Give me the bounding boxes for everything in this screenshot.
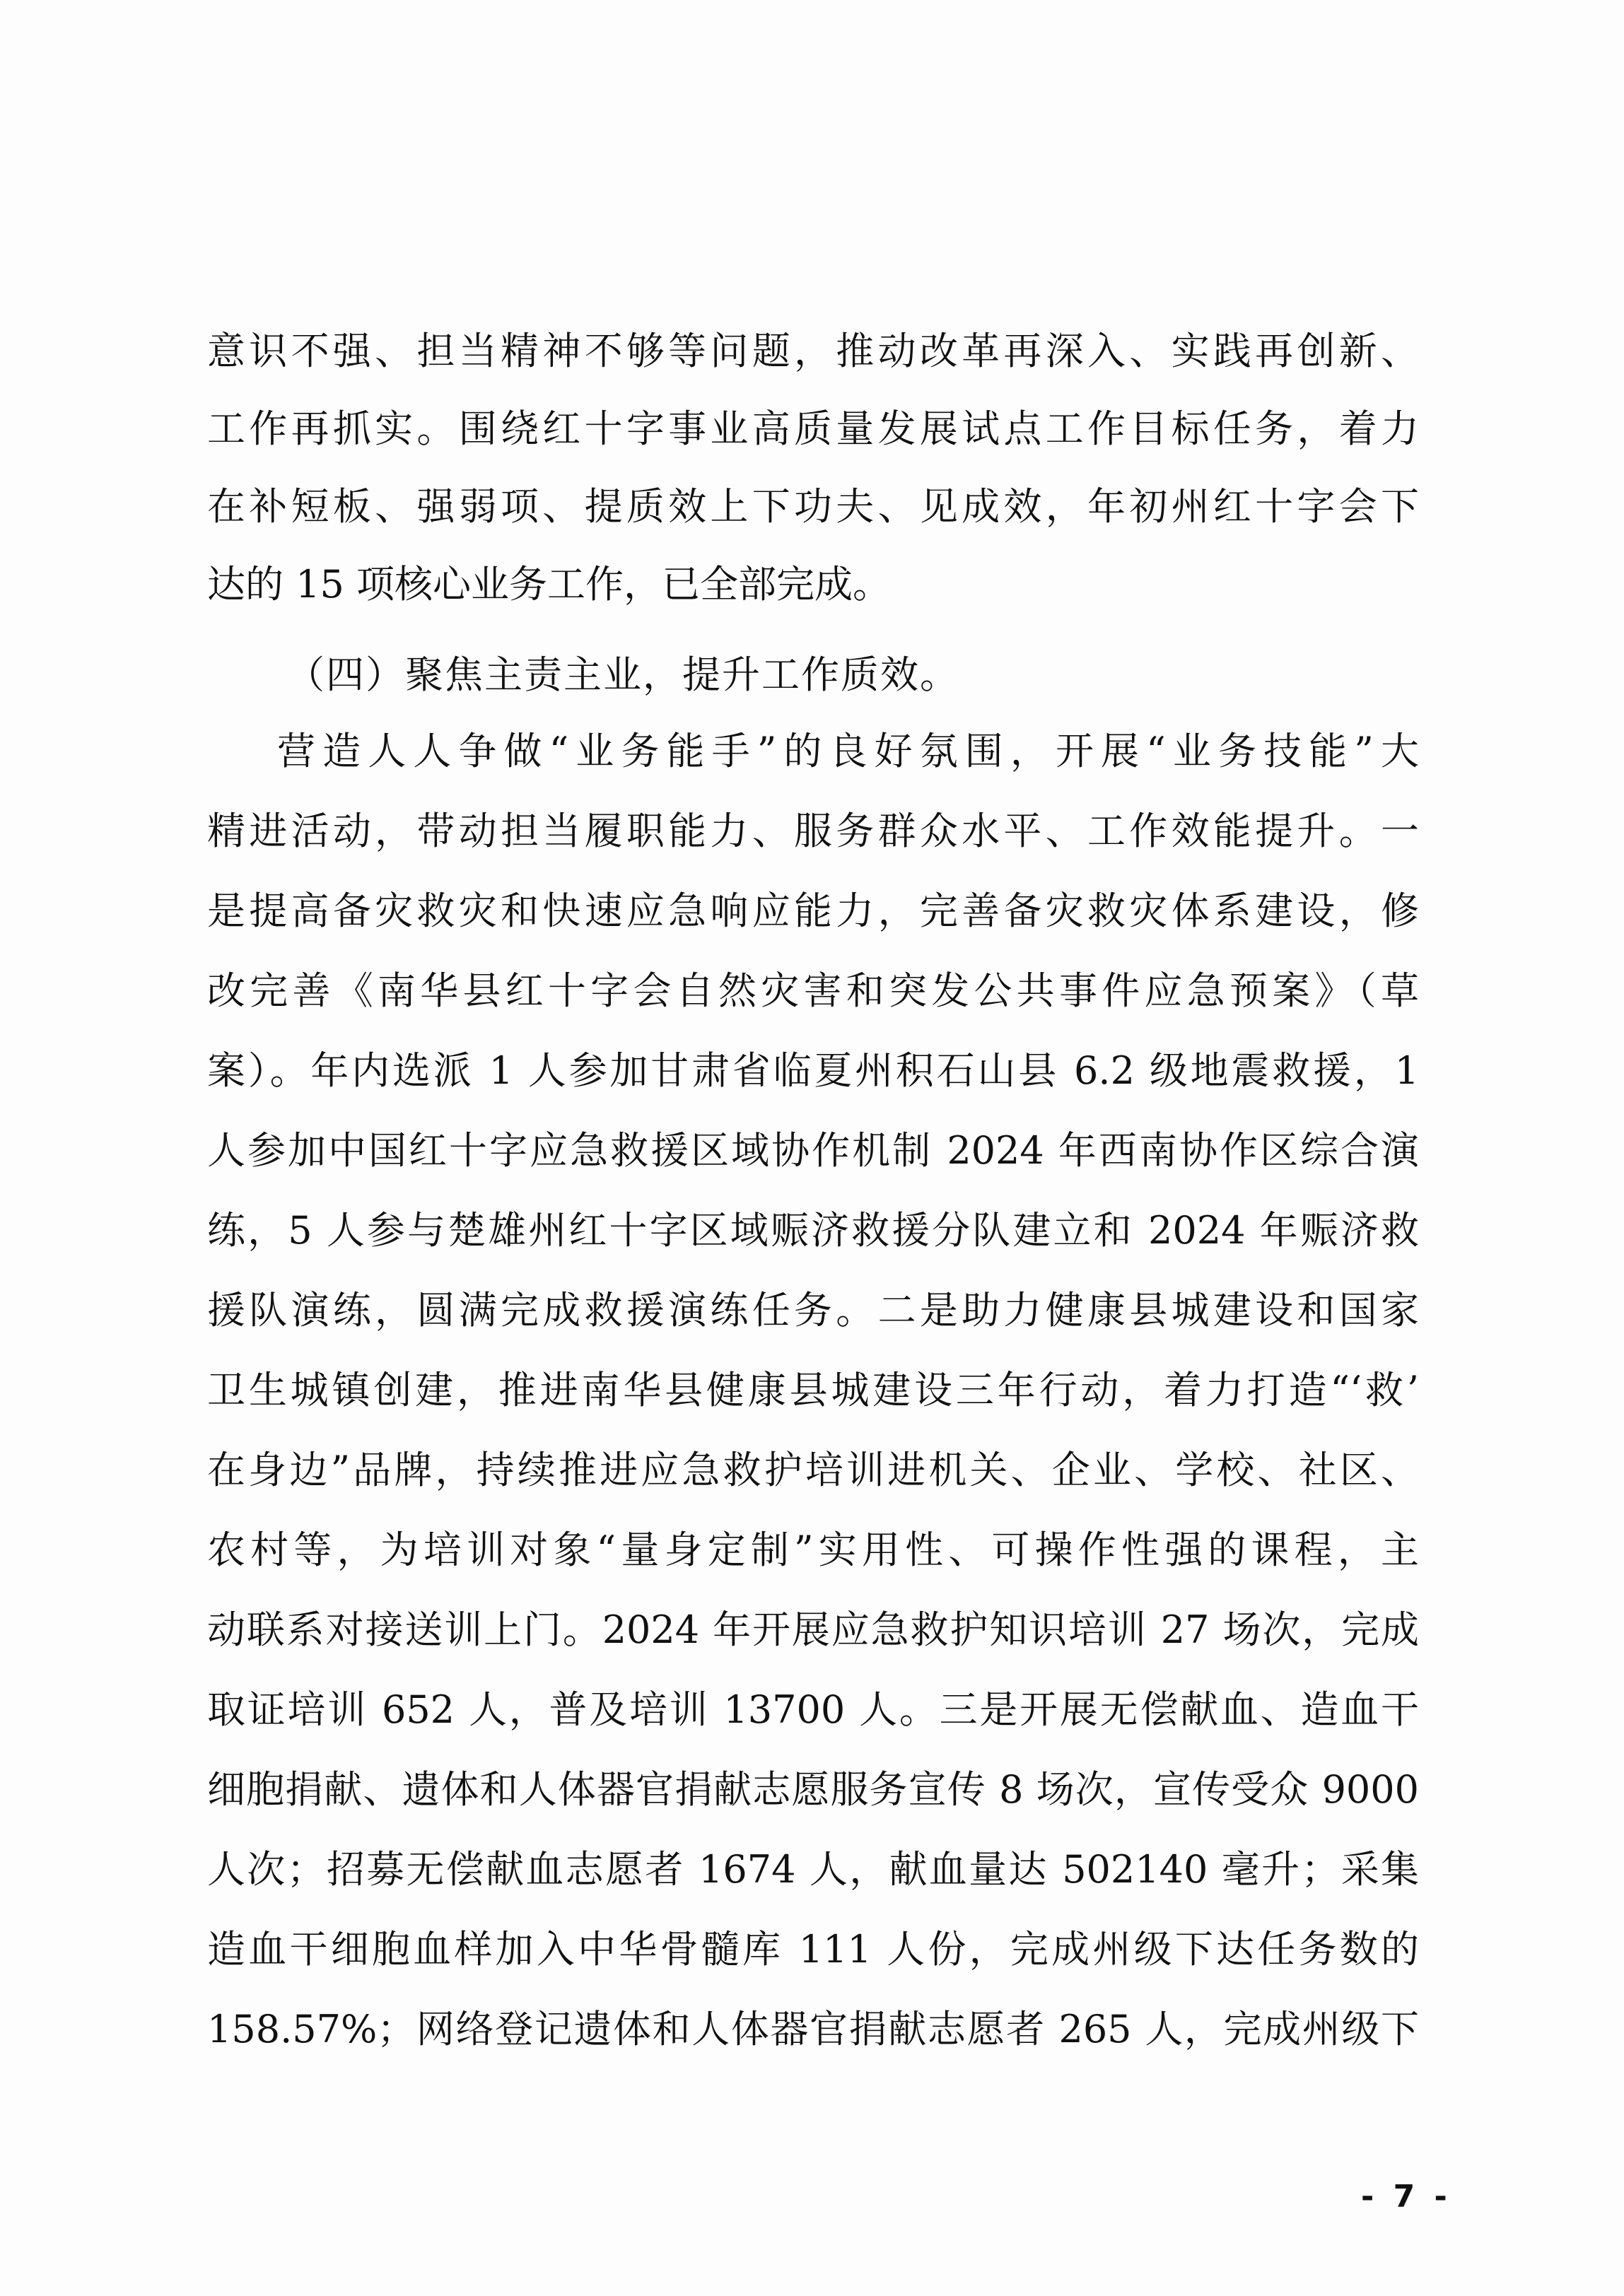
paragraph-1-line-1: 意识不强、担当精神不够等问题，推动改革再深入、实践再创新、 [207,327,1419,376]
paragraph-2-line-3: 是提高备灾救灾和快速应急响应能力，完善备灾救灾体系建设，修 [207,886,1419,936]
paragraph-2-line-4: 改完善《南华县红十字会自然灾害和突发公共事件应急预案》（草 [207,966,1419,1016]
paragraph-1-line-2: 工作再抓实。围绕红十字事业高质量发展试点工作目标任务，着力 [207,404,1419,454]
paragraph-2-line-14: 细胞捐献、遗体和人体器官捐献志愿服务宣传 8 场次，宣传受众 9000 [207,1765,1419,1815]
paragraph-2-line-16: 造血干细胞血样加入中华骨髓库 111 人份，完成州级下达任务数的 [207,1925,1419,1974]
paragraph-2-line-9: 卫生城镇创建，推进南华县健康县城建设三年行动，着力打造“‘救’ [207,1366,1419,1415]
paragraph-2-line-17: 158.57%；网络登记遗体和人体器官捐献志愿者 265 人，完成州级下 [207,2005,1419,2054]
section-heading: （四）聚焦主责主业，提升工作质效。 [286,650,959,700]
paragraph-2-line-8: 援队演练，圆满完成救援演练任务。二是助力健康县城建设和国家 [207,1286,1419,1335]
paragraph-2-line-2: 精进活动，带动担当履职能力、服务群众水平、工作效能提升。一 [207,807,1419,856]
paragraph-2-line-15: 人次；招募无偿献血志愿者 1674 人，献血量达 502140 毫升；采集 [207,1845,1419,1894]
paragraph-2-line-11: 农村等，为培训对象“量身定制”实用性、可操作性强的课程，主 [207,1525,1419,1575]
paragraph-2-line-1: 营造人人争做“业务能手”的良好氛围，开展“业务技能”大 [277,727,1419,776]
document-page: 意识不强、担当精神不够等问题，推动改革再深入、实践再创新、 工作再抓实。围绕红十… [0,0,1624,2296]
page-number: - 7 - [1361,2179,1451,2215]
paragraph-2-line-5: 案）。年内选派 1 人参加甘肃省临夏州积石山县 6.2 级地震救援，1 [207,1046,1419,1096]
paragraph-2-line-7: 练，5 人参与楚雄州红十字区域赈济救援分队建立和 2024 年赈济救 [207,1206,1419,1255]
paragraph-1-line-4: 达的 15 项核心业务工作，已全部完成。 [207,560,1419,609]
paragraph-2-line-12: 动联系对接送训上门。2024 年开展应急救护知识培训 27 场次，完成 [207,1605,1419,1655]
paragraph-1-line-3: 在补短板、强弱项、提质效上下功夫、见成效，年初州红十字会下 [207,482,1419,532]
paragraph-2-line-10: 在身边”品牌，持续推进应急救护培训进机关、企业、学校、社区、 [207,1446,1419,1495]
paragraph-2-line-6: 人参加中国红十字应急救援区域协作机制 2024 年西南协作区综合演 [207,1126,1419,1176]
paragraph-2-line-13: 取证培训 652 人，普及培训 13700 人。三是开展无偿献血、造血干 [207,1685,1419,1735]
